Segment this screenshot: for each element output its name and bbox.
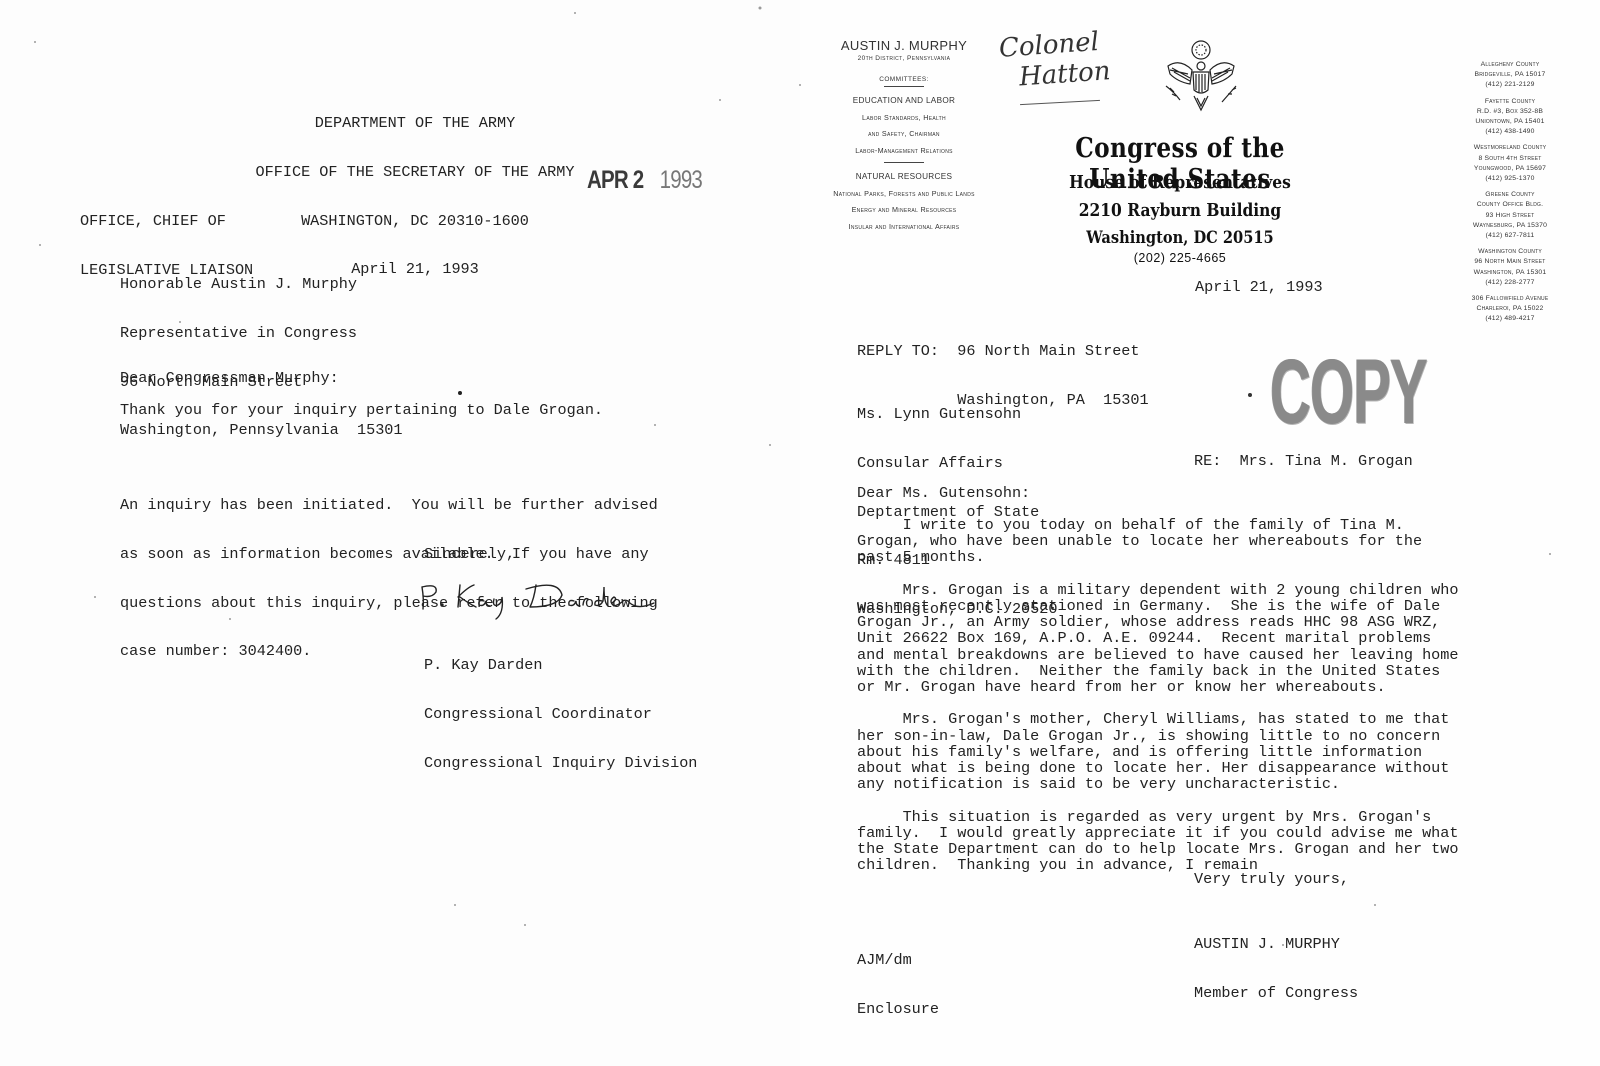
body-line: or Mr. Grogan have heard from her or kno… (857, 679, 1459, 695)
district-county: Greene County (1448, 190, 1572, 200)
district-office: Allegheny CountyBridgeville, PA 15017(41… (1448, 60, 1572, 91)
district-line: Waynesburg, PA 15370 (1448, 221, 1572, 231)
address-line: Ms. Lynn Gutensohn (857, 406, 1058, 422)
subcommittee: and Safety, Chairman (808, 126, 1000, 143)
district-line: Charleroi, PA 15022 (1448, 304, 1572, 314)
address-line: Honorable Austin J. Murphy (120, 276, 403, 292)
signer-block: AUSTIN J. MURPHY Member of Congress (1194, 904, 1358, 1017)
body-line: past 5 months. (857, 549, 1459, 565)
committee-major: EDUCATION AND LABOR (808, 93, 1000, 110)
subcommittee: Labor-Management Relations (808, 143, 1000, 160)
letterhead-line: WASHINGTON, DC 20310-1600 (230, 213, 600, 229)
district-line: (412) 627-7811 (1448, 231, 1572, 241)
note-line: Hatton (1018, 56, 1111, 92)
letterhead-line: OFFICE OF THE SECRETARY OF THE ARMY (230, 164, 600, 180)
address-line: Washington, Pennsylvania 15301 (120, 422, 403, 438)
body-line: I write to you today on behalf of the fa… (857, 517, 1459, 533)
body-line (857, 695, 1459, 711)
district-line: (412) 925-1370 (1448, 174, 1572, 184)
body-line: Grogan Jr., an Army soldier, whose addre… (857, 614, 1459, 630)
body-line: Mrs. Grogan's mother, Cheryl Williams, h… (857, 711, 1459, 727)
stamp-year: 1993 (660, 166, 702, 194)
address-line: Consular Affairs (857, 455, 1058, 471)
initials-line: AJM/dm (857, 952, 939, 968)
subcommittee: Insular and International Affairs (808, 219, 1000, 236)
body-line (857, 566, 1459, 582)
committee-major: NATURAL RESOURCES (808, 169, 1000, 186)
district-line: (412) 228-2777 (1448, 278, 1572, 288)
reference-initials: AJM/dm Enclosure (857, 920, 939, 1033)
district-line: 96 North Main Street (1448, 257, 1572, 267)
body-line: with the children. Neither the family ba… (857, 663, 1459, 679)
district-county: Washington County (1448, 247, 1572, 257)
body-line: the State Department can do to help loca… (857, 841, 1459, 857)
subcommittee: National Parks, Forests and Public Lands (808, 186, 1000, 203)
body-line: about what is being done to locate her. … (857, 760, 1459, 776)
district-office: 306 Fallowfield AvenueCharleroi, PA 1502… (1448, 294, 1572, 325)
stamp-month-day: APR 2 (587, 166, 643, 194)
speck (1248, 393, 1252, 397)
body-line: Grogan, who have been unable to locate h… (857, 533, 1459, 549)
district-line: 8 South 4th Street (1448, 154, 1572, 164)
letterhead-phone: (202) 225-4665 (1010, 251, 1350, 265)
body-line: and mental breakdowns are believed to ha… (857, 647, 1459, 663)
district-office: Greene CountyCounty Office Bldg.93 High … (1448, 190, 1572, 241)
signer-block: P. Kay Darden Congressional Coordinator … (424, 625, 697, 803)
district-line: 93 High Street (1448, 211, 1572, 221)
district-county: Allegheny County (1448, 60, 1572, 70)
signer-title: Member of Congress (1194, 985, 1358, 1001)
army-letter-page: DEPARTMENT OF THE ARMY OFFICE OF THE SEC… (0, 0, 800, 1066)
received-date-stamp: APR 21993 (587, 166, 702, 195)
district-office: Westmoreland County8 South 4th StreetYou… (1448, 143, 1572, 184)
great-seal-eagle-icon (1160, 36, 1242, 118)
body-line: was most recently stationed in Germany. … (857, 598, 1459, 614)
body-line: any notification is said to be very unch… (857, 776, 1459, 792)
closing: Sincerely, (424, 546, 515, 562)
district-line: 306 Fallowfield Avenue (1448, 294, 1572, 304)
committees-label: COMMITTEES: (808, 76, 1000, 83)
copy-stamp: COPY (1270, 346, 1427, 438)
subcommittee: Energy and Mineral Resources (808, 202, 1000, 219)
address-line: Representative in Congress (120, 325, 403, 341)
paragraph-line: as soon as information becomes available… (120, 546, 658, 562)
district-line: (412) 221-2129 (1448, 80, 1572, 90)
representative-name: AUSTIN J. MURPHY (808, 38, 1000, 53)
district-line: Youngwood, PA 15697 (1448, 164, 1572, 174)
handwritten-note: Colonel Hatton (998, 26, 1111, 93)
recipient-address: Honorable Austin J. Murphy Representativ… (120, 244, 403, 471)
signer-name: P. Kay Darden (424, 657, 697, 673)
district-line: Washington, PA 15301 (1448, 268, 1572, 278)
subcommittee: Labor Standards, Health (808, 110, 1000, 127)
body-line (857, 792, 1459, 808)
district-line: (412) 438-1490 (1448, 127, 1572, 137)
salutation: Dear Ms. Gutensohn: (857, 485, 1030, 501)
handwritten-signature (418, 575, 658, 625)
body-line: family. I would greatly appreciate it if… (857, 825, 1459, 841)
letterhead-building: 2210 Rayburn Building (1034, 200, 1326, 221)
district-line: R.D. #3, Box 352-8B (1448, 107, 1572, 117)
letterhead-city: Washington, DC 20515 (1034, 228, 1326, 248)
body-line: Unit 26622 Box 169, A.P.O. A.E. 09244. R… (857, 630, 1459, 646)
body-line: children. Thanking you in advance, I rem… (857, 857, 1459, 873)
body-line: Mrs. Grogan is a military dependent with… (857, 582, 1459, 598)
district-office: Fayette CountyR.D. #3, Box 352-8BUnionto… (1448, 97, 1572, 138)
signer-division: Congressional Inquiry Division (424, 755, 697, 771)
paragraph-line: An inquiry has been initiated. You will … (120, 497, 658, 513)
salutation: Dear Congressman Murphy: (120, 370, 339, 386)
district-county: Westmoreland County (1448, 143, 1572, 153)
office-line: OFFICE, CHIEF OF (80, 213, 253, 229)
district-office: Washington County96 North Main StreetWas… (1448, 247, 1572, 288)
letter-date: April 21, 1993 (1195, 279, 1323, 295)
representative-district: 20th District, Pennsylvania (808, 55, 1000, 62)
re-subject: RE: Mrs. Tina M. Grogan (1194, 453, 1413, 469)
district-county: Fayette County (1448, 97, 1572, 107)
district-line: (412) 489-4217 (1448, 314, 1572, 324)
signer-title: Congressional Coordinator (424, 706, 697, 722)
signer-name: AUSTIN J. MURPHY (1194, 936, 1358, 952)
representative-sidebar: AUSTIN J. MURPHY 20th District, Pennsylv… (808, 38, 1000, 235)
district-offices: Allegheny CountyBridgeville, PA 15017(41… (1448, 60, 1572, 331)
letterhead-house: House of Representatives (1034, 172, 1326, 193)
paragraph: Thank you for your inquiry pertaining to… (120, 402, 603, 418)
enclosure-line: Enclosure (857, 1001, 939, 1017)
reply-line: REPLY TO: 96 North Main Street (857, 343, 1149, 359)
letterhead-line: DEPARTMENT OF THE ARMY (230, 115, 600, 131)
body-line: This situation is regarded as very urgen… (857, 809, 1459, 825)
district-line: County Office Bldg. (1448, 200, 1572, 210)
district-line: Uniontown, PA 15401 (1448, 117, 1572, 127)
body-line: her son-in-law, Dale Grogan Jr., is show… (857, 728, 1459, 744)
closing: Very truly yours, (1194, 871, 1349, 887)
district-line: Bridgeville, PA 15017 (1448, 70, 1572, 80)
divider (884, 162, 924, 163)
letter-body: I write to you today on behalf of the fa… (857, 517, 1459, 873)
divider (884, 86, 924, 87)
body-line: about his family's welfare, and is offer… (857, 744, 1459, 760)
